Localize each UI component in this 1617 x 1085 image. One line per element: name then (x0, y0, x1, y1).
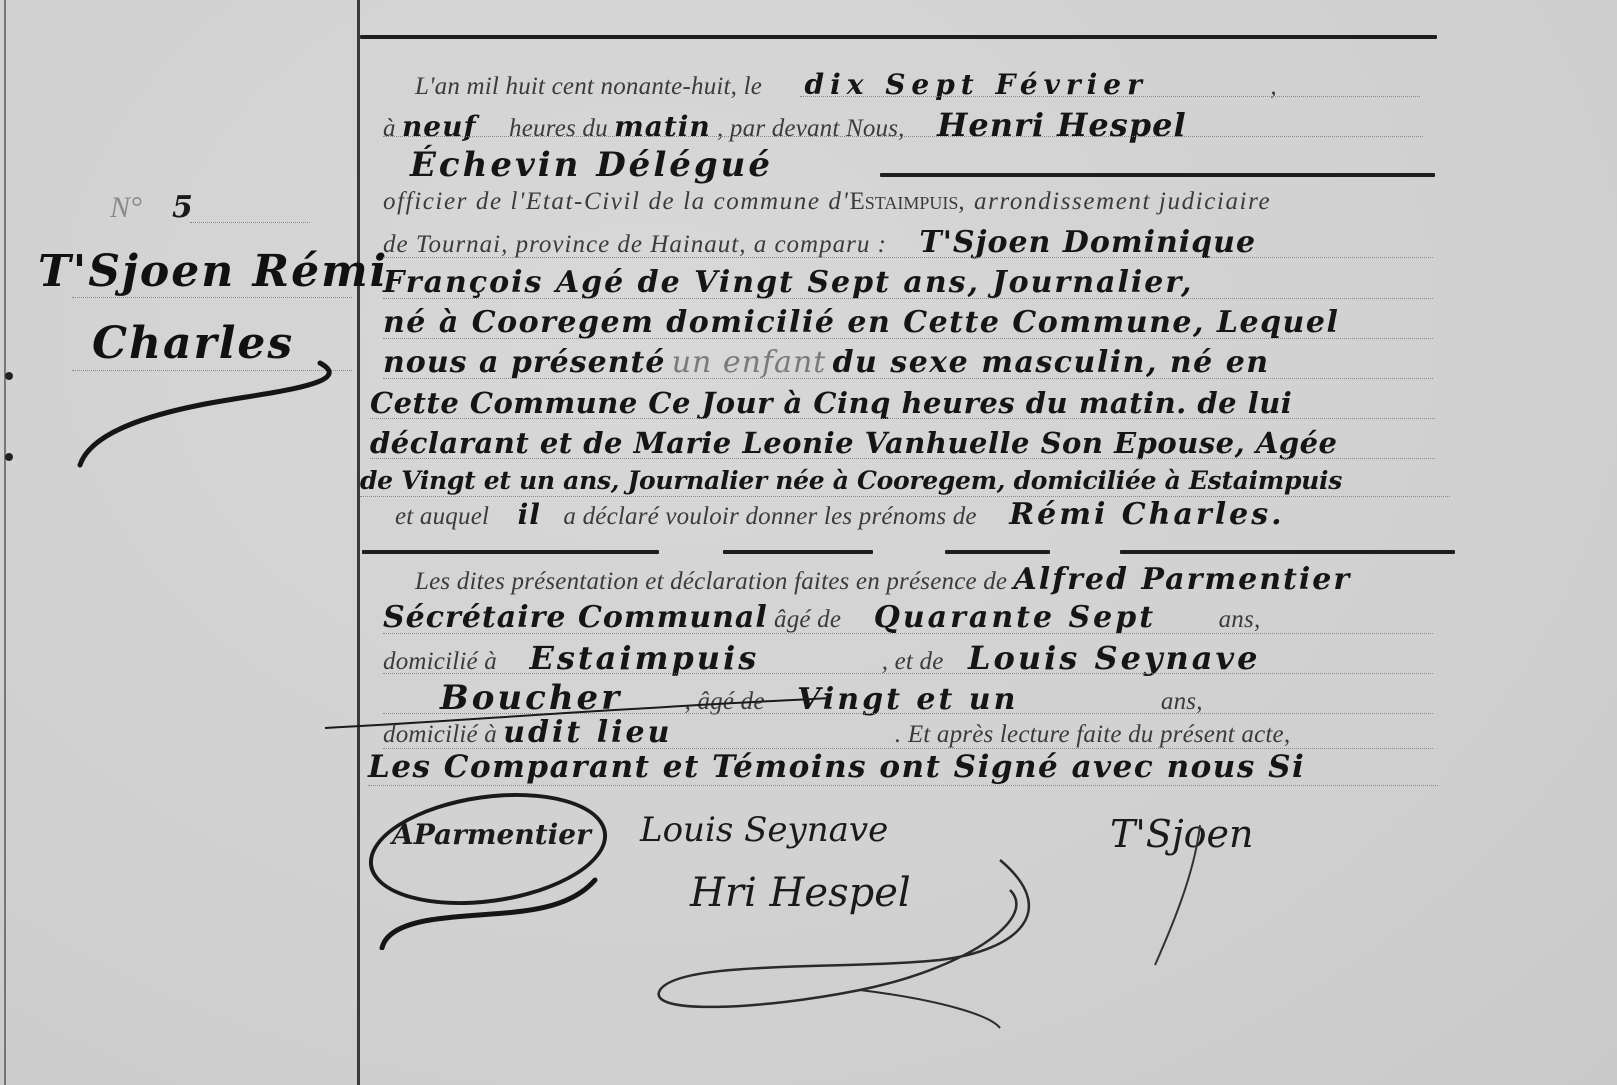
handwritten-hour: neuf (402, 110, 477, 143)
dotted-rule (383, 257, 1433, 258)
section-divider-rule (362, 550, 659, 554)
printed-commune: Estaimpuis (849, 188, 958, 215)
body-line-comparant: de Tournai, province de Hainaut, a compa… (383, 228, 1256, 260)
printed-text: Les dites présentation et déclaration fa… (415, 568, 1007, 595)
signature-hespel-flourish (640, 850, 1120, 1030)
handwritten-text: déclarant et de Marie Leonie Vanhuelle S… (370, 426, 1338, 460)
handwritten-given-names: Rémi Charles. (1009, 497, 1284, 532)
body-line-officer: officier de l'Etat-Civil de la commune d… (383, 187, 1271, 217)
dotted-rule (383, 298, 1433, 299)
handwritten-officer: Henri Hespel (937, 106, 1187, 144)
body-line-7: né à Cooregem domicilié en Cette Commune… (383, 308, 1339, 340)
body-line-title: Échevin Délégué (410, 150, 773, 184)
dotted-rule (360, 496, 1450, 497)
printed-text: . Et après lecture faite du présent acte… (895, 721, 1290, 748)
dotted-rule (383, 673, 1433, 674)
handwritten-text: né à Cooregem domicilié en Cette Commune… (383, 305, 1339, 340)
printed-text: de Tournai, province de Hainaut, a compa… (383, 231, 887, 258)
printed-text: L'an mil huit cent nonante-huit, le (415, 73, 762, 100)
printed-text: et auquel (395, 503, 489, 530)
signature-tail-flourish (370, 870, 610, 950)
handwritten-text: du sexe masculin, né en (833, 345, 1270, 380)
handwritten-witness1-age: Quarante Sept (874, 600, 1156, 635)
handwritten-text: François Agé de Vingt Sept ans, Journali… (383, 265, 1193, 300)
printed-text: âgé de (774, 606, 841, 633)
handwritten-officer-title: Échevin Délégué (410, 145, 773, 185)
margin-punch-dot (5, 453, 13, 461)
printed-text: domicilié à (383, 721, 497, 748)
body-line-6: François Agé de Vingt Sept ans, Journali… (383, 268, 1193, 300)
margin-punch-dot (5, 372, 13, 380)
signature-parmentier: AParmentier (392, 818, 591, 851)
printed-text: , arrondissement judiciaire (958, 188, 1271, 215)
handwritten-text: de Vingt et un ans, Journalier née à Coo… (360, 466, 1342, 495)
witness-line-1: Les dites présentation et déclaration fa… (415, 565, 1351, 597)
printed-text: a déclaré vouloir donner les prénoms de (563, 503, 976, 530)
dotted-rule (370, 458, 1435, 459)
title-fill-rule (880, 173, 1435, 177)
record-number: N°5 (110, 190, 193, 225)
dotted-rule (383, 378, 1433, 379)
handwritten-period: matin (614, 110, 711, 143)
printed-text: , par devant Nous, (717, 115, 905, 142)
body-line-8: nous a présenté un enfant du sexe mascul… (383, 348, 1270, 380)
handwritten-text: nous a présenté (383, 345, 665, 380)
margin-dotted-rule (190, 222, 310, 223)
witness-line-2: Sécrétaire Communal âgé de Quarante Sept… (383, 603, 1260, 635)
dotted-rule (370, 418, 1435, 419)
dotted-rule (383, 633, 1433, 634)
record-number-label: N° (110, 191, 142, 224)
handwritten-closing-statement: Les Comparant et Témoins ont Signé avec … (368, 749, 1305, 785)
handwritten-witness1-role: Sécrétaire Communal (383, 600, 768, 635)
margin-child-name-line1: T'Sjoen Rémi (38, 246, 388, 297)
handwritten-faint-text: un enfant (672, 345, 827, 380)
margin-column-divider (357, 0, 360, 1085)
handwritten-father-name: T'Sjoen Dominique (919, 225, 1256, 260)
printed-text: officier de l'Etat-Civil de la commune d… (383, 188, 849, 215)
body-line-date: L'an mil huit cent nonante-huit, le dix … (415, 70, 1277, 102)
signature-seynave: Louis Seynave (640, 810, 888, 850)
dotted-rule (383, 338, 1433, 339)
dotted-rule (383, 136, 1423, 137)
printed-text: ans, (1161, 688, 1203, 715)
handwritten-text: Cette Commune Ce Jour à Cinq heures du m… (370, 386, 1292, 420)
witness-line-5: domicilié à udit lieu . Et après lecture… (383, 718, 1290, 750)
printed-text: à (383, 115, 396, 142)
printed-text: , et de (882, 648, 944, 675)
printed-text: domicilié à (383, 648, 497, 675)
handwritten-witness2-place: udit lieu (503, 715, 672, 750)
witness-line-6: Les Comparant et Témoins ont Signé avec … (368, 752, 1305, 785)
handwritten-witness1-place: Estaimpuis (529, 639, 759, 677)
printed-text: ans, (1219, 606, 1261, 633)
section-divider-rule (1120, 550, 1455, 554)
dotted-rule (800, 96, 1420, 97)
witness-line-3: domicilié à Estaimpuis , et de Louis Sey… (383, 643, 1260, 677)
dotted-rule (368, 785, 1438, 786)
handwritten-pronoun: il (518, 498, 541, 531)
handwritten-witness2-name: Louis Seynave (968, 639, 1260, 677)
record-number-value: 5 (172, 190, 193, 225)
body-line-hour: à neuf heures du matin , par devant Nous… (383, 110, 1187, 144)
margin-dotted-rule (72, 297, 352, 298)
section-divider-rule (945, 550, 1050, 554)
handwritten-witness1-name: Alfred Parmentier (1013, 562, 1351, 597)
top-section-rule (360, 35, 1437, 39)
body-line-9: Cette Commune Ce Jour à Cinq heures du m… (370, 388, 1292, 421)
body-line-11: de Vingt et un ans, Journalier née à Coo… (360, 466, 1342, 497)
scanned-register-page: N°5 T'Sjoen Rémi Charles L'an mil huit c… (0, 0, 1617, 1085)
section-divider-rule (723, 550, 873, 554)
signature-tsjoen-stem (1140, 820, 1220, 970)
body-line-10: déclarant et de Marie Leonie Vanhuelle S… (370, 428, 1338, 461)
body-line-names: et auquel il a déclaré vouloir donner le… (395, 500, 1285, 532)
margin-flourish (60, 355, 340, 475)
left-page-edge-line (4, 0, 6, 1085)
printed-text: heures du (509, 115, 608, 142)
